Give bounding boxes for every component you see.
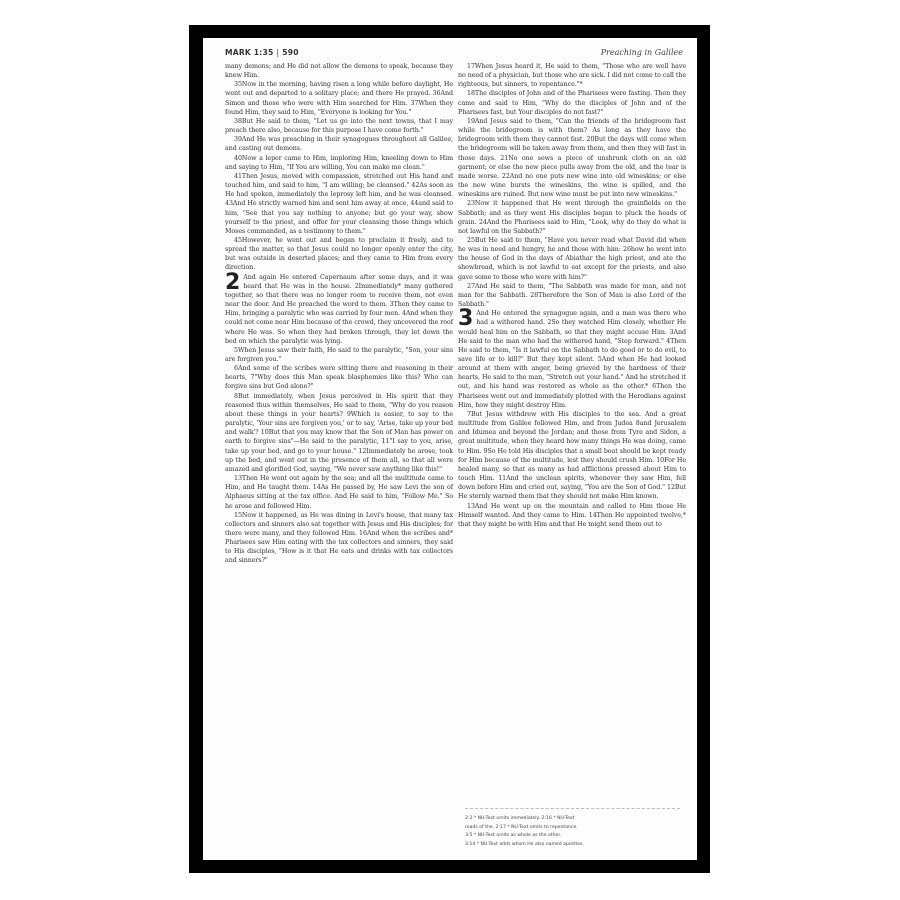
running-head: MARK 1:35|590 Preaching in Galilee — [225, 45, 683, 59]
page-number: 590 — [282, 48, 298, 57]
paragraph: many demons; and He did not allow the de… — [225, 62, 453, 80]
chapter-number-2: 2 — [225, 274, 240, 291]
page-reference: MARK 1:35|590 — [225, 48, 299, 57]
paragraph: 19And Jesus said to them, "Can the frien… — [458, 117, 686, 199]
paragraph: 39And He was preaching in their synagogu… — [225, 135, 453, 153]
footnote-line: 3:5 * NU-Text omits as whole as the othe… — [465, 832, 680, 841]
right-column: 17When Jesus heard it, He said to them, … — [458, 62, 686, 529]
chapter-2-text: And again He entered Capernaum after som… — [225, 274, 453, 345]
paragraph: 45However, he went out and began to proc… — [225, 236, 453, 273]
chapter-number-3: 3 — [458, 310, 473, 327]
paragraph: 7But Jesus withdrew with His disciples t… — [458, 410, 686, 502]
paragraph: 17When Jesus heard it, He said to them, … — [458, 62, 686, 89]
separator: | — [277, 48, 280, 57]
paragraph: 6And some of the scribes were sitting th… — [225, 364, 453, 391]
footnote-line: 3:14 * NU-Text adds whom He also named a… — [465, 841, 680, 850]
footnote-line: 2:2 * NU-Text omits immediately. 2:16 * … — [465, 815, 680, 824]
paragraph: 35Now in the morning, having risen a lon… — [225, 80, 453, 117]
chapter-3-opening: 3And He entered the synagogue again, and… — [458, 309, 686, 410]
paragraph: 38But He said to them, "Let us go into t… — [225, 117, 453, 135]
chapter-verse-ref: MARK 1:35 — [225, 48, 274, 57]
chapter-2-opening: 2And again He entered Capernaum after so… — [225, 273, 453, 346]
paragraph: 25But He said to them, "Have you never r… — [458, 236, 686, 282]
paragraph: 8But immediately, when Jesus perceived i… — [225, 392, 453, 474]
section-title: Preaching in Galilee — [601, 48, 683, 57]
bible-page: MARK 1:35|590 Preaching in Galilee many … — [203, 38, 697, 860]
left-column: many demons; and He did not allow the de… — [225, 62, 453, 566]
chapter-3-text: And He entered the synagogue again, and … — [458, 310, 686, 409]
paragraph: 41Then Jesus, moved with compassion, str… — [225, 172, 453, 236]
paragraph: 40Now a leper came to Him, imploring Him… — [225, 154, 453, 172]
footnote-line: reads of the. 2:17 * NU-Text omits to re… — [465, 824, 680, 833]
paragraph: 27And He said to them, "The Sabbath was … — [458, 282, 686, 309]
paragraph: 13And He went up on the mountain and cal… — [458, 502, 686, 529]
paragraph: 23Now it happened that He went through t… — [458, 199, 686, 236]
paragraph: 5When Jesus saw their faith, He said to … — [225, 346, 453, 364]
footnotes: 2:2 * NU-Text omits immediately. 2:16 * … — [465, 808, 680, 849]
paragraph: 15Now it happened, as He was dining in L… — [225, 511, 453, 566]
paragraph: 13Then He went out again by the sea; and… — [225, 474, 453, 511]
paragraph: 18The disciples of John and of the Phari… — [458, 89, 686, 116]
